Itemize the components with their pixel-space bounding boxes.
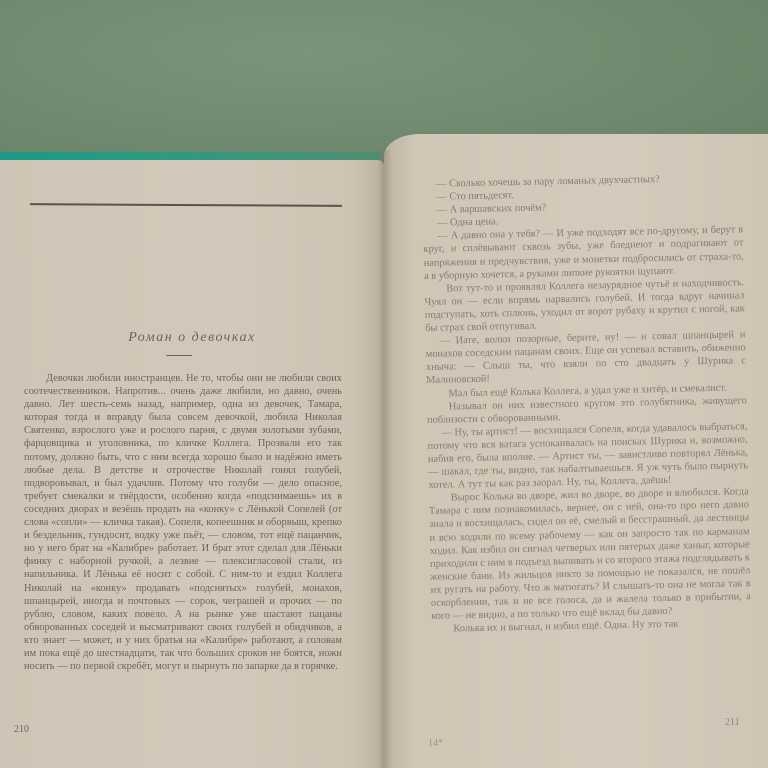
right-page-text: — Сколько хочешь за пару ломаных двухчас…: [422, 171, 752, 636]
page-number-right: 211: [725, 717, 740, 728]
chapter-title: Роман о девочках: [112, 330, 272, 346]
chapter-title-rule: [166, 355, 192, 356]
page-number-left: 210: [14, 724, 29, 735]
dialogue-line: — А давно она у тебя? — И уже подходят в…: [423, 224, 744, 283]
paragraph: Девочки любили иностранцев. Не то, чтобы…: [24, 372, 342, 673]
book-gutter: [378, 150, 392, 768]
paragraph: Вырос Колька во дворе, жил во дворе, во …: [429, 485, 752, 623]
dialogue-line: — Иате, волки позорные, берите, ну! — и …: [425, 328, 746, 387]
dialogue-line: — Ну, ты артист! — восхищался Сопеля, ко…: [427, 420, 748, 492]
left-page-text: Девочки любили иностранцев. Не то, чтобы…: [24, 372, 342, 673]
paragraph: Вот тут-то и проявлял Коллега незаурядно…: [424, 276, 745, 335]
signature-mark: 14*: [428, 738, 443, 749]
